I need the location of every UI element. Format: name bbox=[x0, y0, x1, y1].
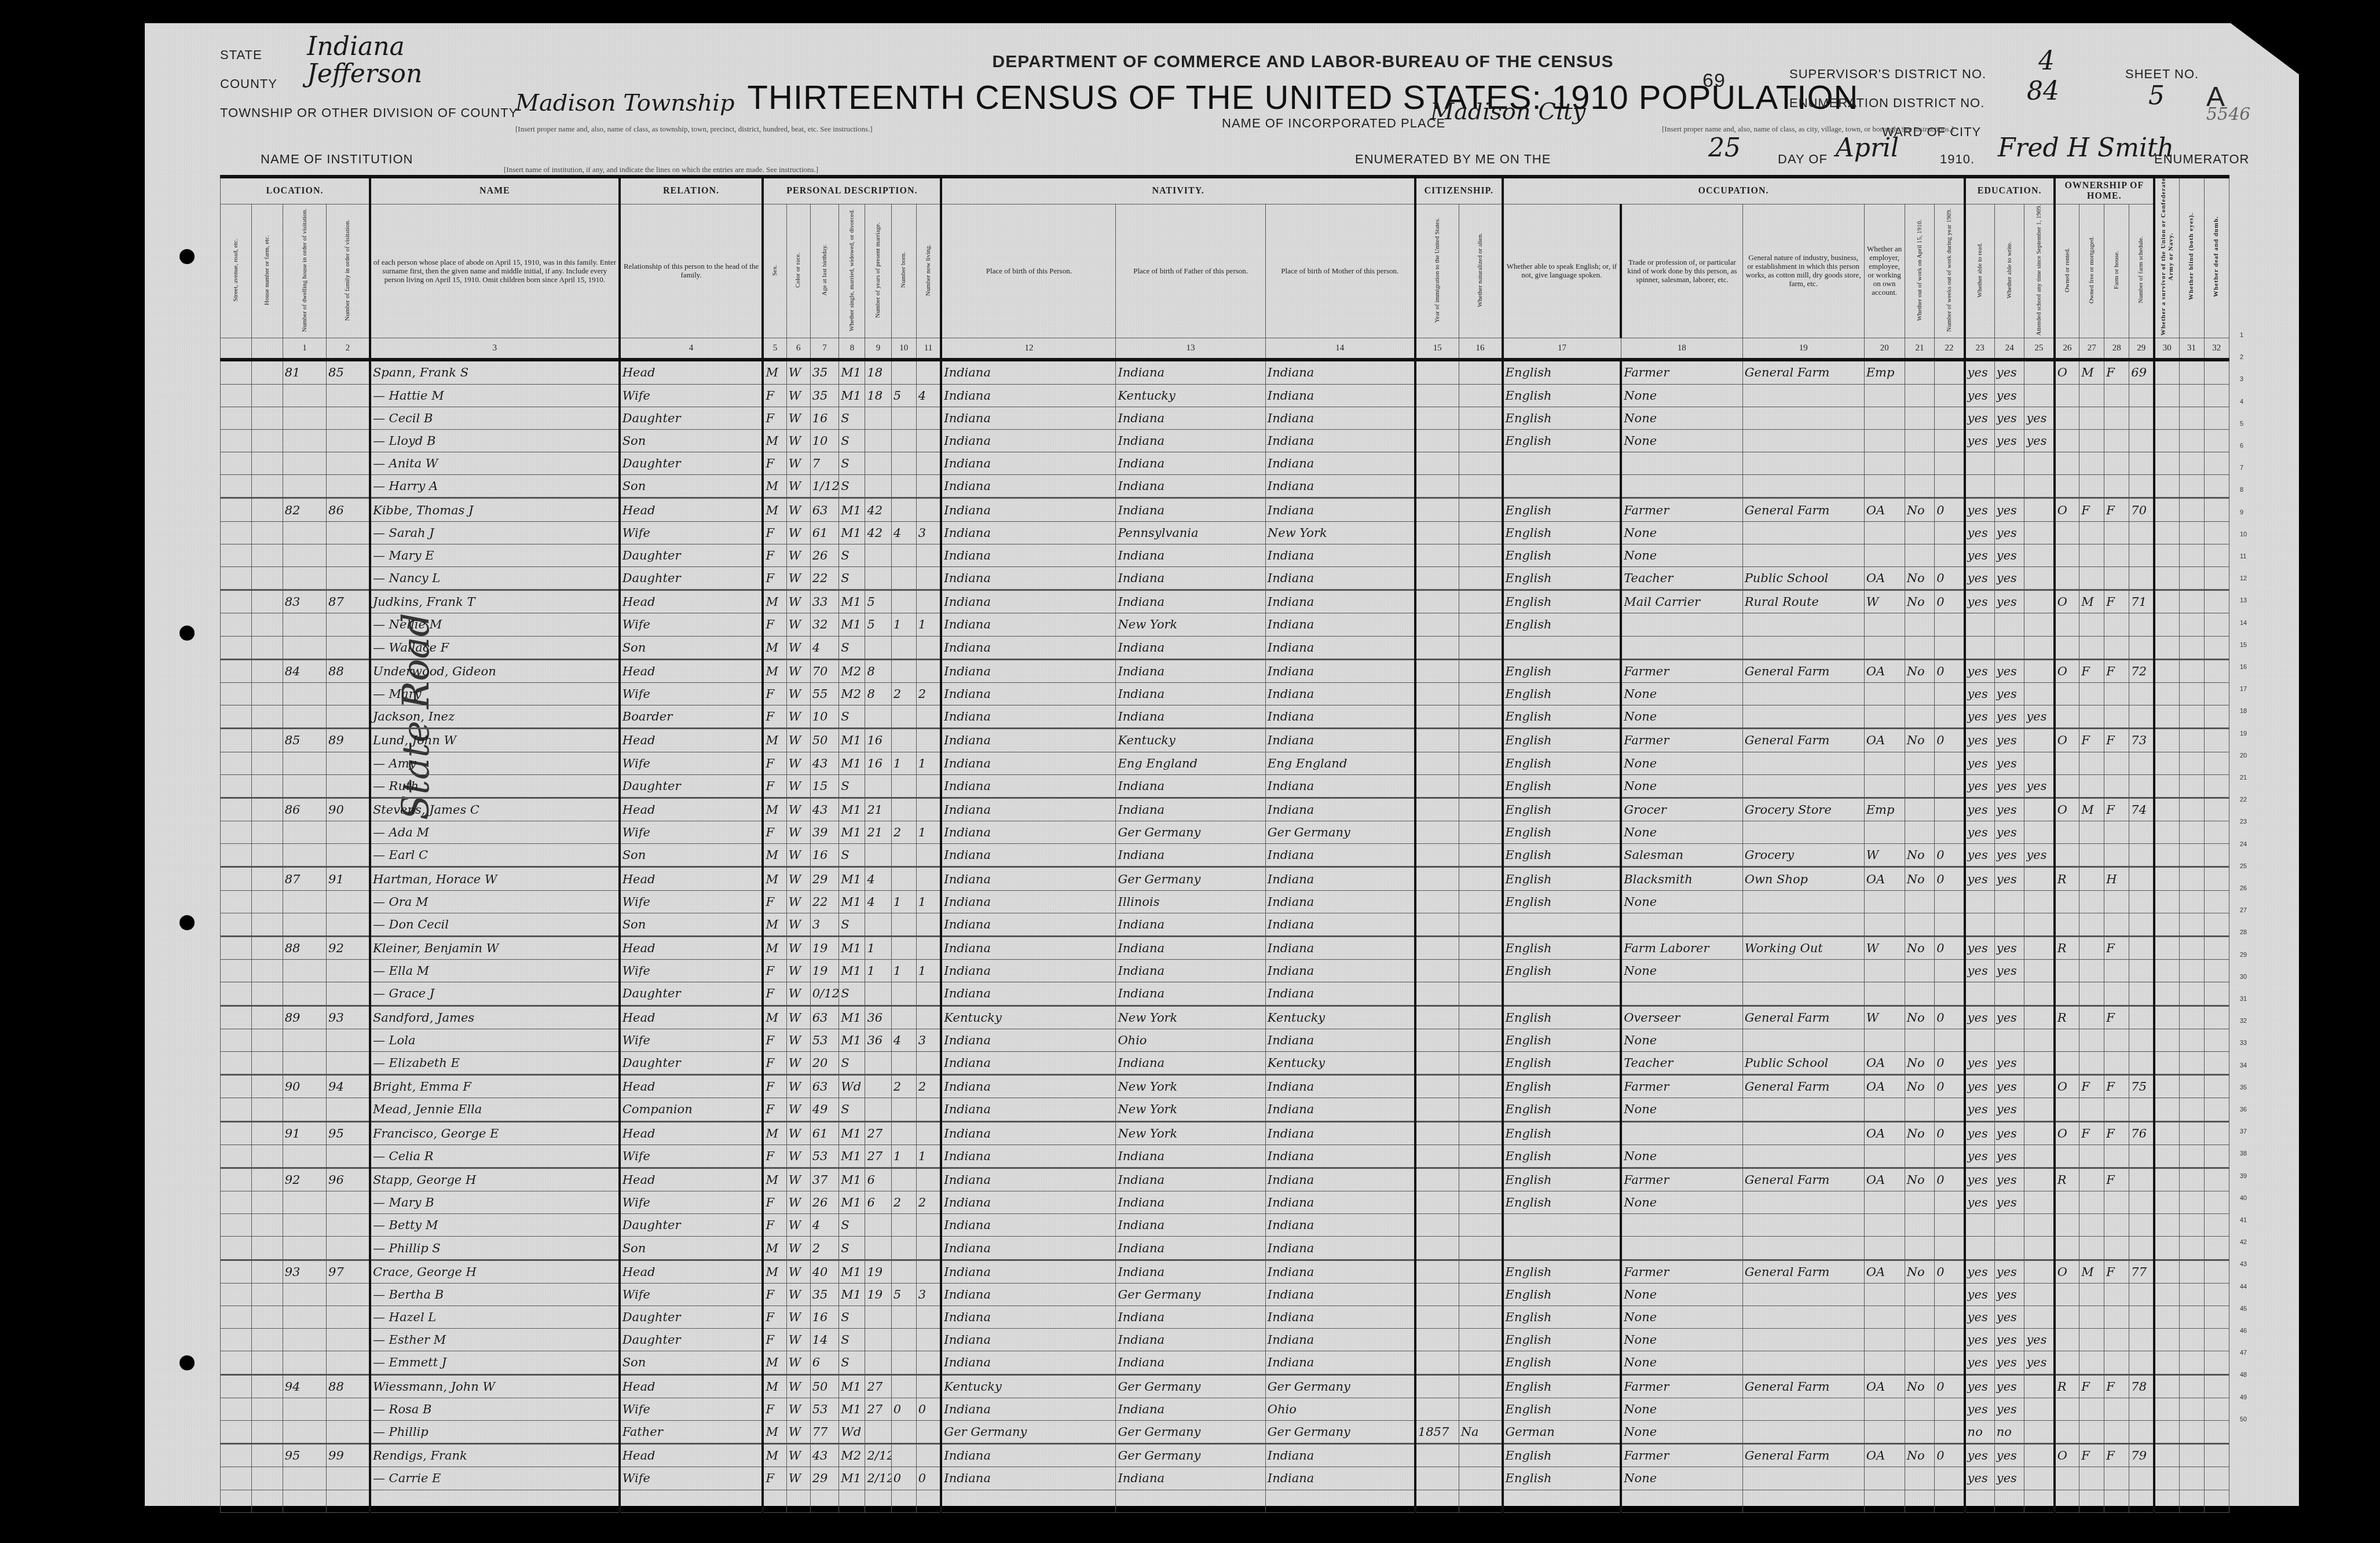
cell-immig bbox=[1415, 1075, 1459, 1098]
cell-age: 20 bbox=[810, 1051, 839, 1074]
column-number: 19 bbox=[1742, 338, 1864, 360]
cell-street bbox=[221, 384, 252, 407]
cell-ind bbox=[1742, 1420, 1864, 1443]
cell-ym bbox=[865, 429, 891, 452]
cell-street bbox=[221, 1467, 252, 1490]
cell-nat bbox=[1459, 1283, 1502, 1306]
cell-wk bbox=[1935, 982, 1965, 1005]
cell-ms: S bbox=[839, 1237, 865, 1260]
cell-wk: 0 bbox=[1935, 659, 1965, 682]
cell-lang: English bbox=[1503, 1051, 1621, 1074]
cell-wk bbox=[1935, 1306, 1965, 1329]
cell-fs: 75 bbox=[2129, 1075, 2154, 1098]
cell-name: — Phillip S bbox=[370, 1237, 620, 1260]
cell-living: 3 bbox=[916, 521, 941, 544]
line-number: 6 bbox=[2240, 443, 2243, 449]
cell-house bbox=[251, 844, 283, 867]
cell-ow: No bbox=[1905, 567, 1935, 590]
cell-pobm: Indiana bbox=[1265, 1191, 1415, 1214]
cell-race: W bbox=[786, 1168, 810, 1191]
cell-nat bbox=[1459, 429, 1502, 452]
punch-hole bbox=[180, 249, 195, 264]
cell-street bbox=[221, 1398, 252, 1420]
line-number: 31 bbox=[2240, 996, 2247, 1003]
cell-ow: No bbox=[1905, 590, 1935, 613]
cell-street bbox=[221, 1075, 252, 1098]
cell-wk bbox=[1935, 384, 1965, 407]
header-pob-mother: Place of birth of Mother of this person. bbox=[1265, 204, 1415, 338]
cell-name: — Hattie M bbox=[370, 384, 620, 407]
cell-wk: 0 bbox=[1935, 498, 1965, 521]
cell-ym bbox=[865, 844, 891, 867]
cell-born bbox=[891, 636, 916, 659]
cell-born bbox=[891, 1374, 916, 1398]
cell-nat bbox=[1459, 659, 1502, 682]
cell-race: W bbox=[786, 567, 810, 590]
cell-free bbox=[2079, 890, 2104, 913]
cell-fs bbox=[2129, 1490, 2154, 1512]
cell-ms: S bbox=[839, 407, 865, 429]
header-out-of-work: Whether out of work on April 15, 1910. bbox=[1916, 220, 1924, 321]
cell-free bbox=[2079, 1398, 2104, 1420]
cell-living bbox=[916, 1351, 941, 1374]
cell-pob: Indiana bbox=[941, 1121, 1116, 1145]
cell-wk bbox=[1935, 1283, 1965, 1306]
cell-ym: 42 bbox=[865, 521, 891, 544]
cell-race: W bbox=[786, 890, 810, 913]
cell-pobf: Indiana bbox=[1116, 567, 1265, 590]
cell-ym: 2/12 bbox=[865, 1444, 891, 1467]
line-number: 18 bbox=[2240, 708, 2247, 715]
cell-pob: Indiana bbox=[941, 729, 1116, 752]
cell-living bbox=[916, 1237, 941, 1260]
cell-deaf bbox=[2204, 682, 2229, 705]
cell-house bbox=[251, 498, 283, 521]
cell-lang: English bbox=[1503, 1351, 1621, 1374]
cell-ms: M1 bbox=[839, 798, 865, 821]
township-note: [Insert proper name and, also, name of c… bbox=[515, 125, 873, 134]
cell-wr: yes bbox=[1994, 384, 2024, 407]
cell-free: M bbox=[2079, 590, 2104, 613]
cell-lang: English bbox=[1503, 1260, 1621, 1283]
column-number: 27 bbox=[2079, 338, 2104, 360]
cell-lang: English bbox=[1503, 521, 1621, 544]
cell-blind bbox=[2179, 1420, 2204, 1443]
cell-ow: No bbox=[1905, 1374, 1935, 1398]
cell-street bbox=[221, 567, 252, 590]
header-street: Street, avenue, road, etc. bbox=[232, 239, 240, 301]
cell-race: W bbox=[786, 613, 810, 636]
cell-pobf: Indiana bbox=[1116, 937, 1265, 960]
cell-sch bbox=[2024, 1467, 2055, 1490]
cell-age: 53 bbox=[810, 1145, 839, 1168]
cell-living bbox=[916, 844, 941, 867]
cell-lang: English bbox=[1503, 1005, 1621, 1029]
cell-race: W bbox=[786, 982, 810, 1005]
header-pob-person: Place of birth of this Person. bbox=[941, 204, 1116, 338]
line-number: 10 bbox=[2240, 531, 2247, 538]
cell-vet bbox=[2154, 1283, 2179, 1306]
cell-sch bbox=[2024, 729, 2055, 752]
header-employer: Whether an employer, employee, or workin… bbox=[1864, 204, 1905, 338]
cell-ow bbox=[1905, 752, 1935, 774]
column-number: 15 bbox=[1415, 338, 1459, 360]
cell-pobm: Indiana bbox=[1265, 1214, 1415, 1237]
cell-fam bbox=[327, 774, 370, 798]
cell-born bbox=[891, 705, 916, 729]
cell-fs bbox=[2129, 613, 2154, 636]
cell-wr: yes bbox=[1994, 1121, 2024, 1145]
cell-pobf: Indiana bbox=[1116, 1168, 1265, 1191]
cell-dw bbox=[283, 521, 326, 544]
cell-sch bbox=[2024, 567, 2055, 590]
cell-pobm bbox=[1265, 1490, 1415, 1512]
cell-own bbox=[2055, 384, 2079, 407]
cell-emp: OA bbox=[1864, 1374, 1905, 1398]
cell-race: W bbox=[786, 407, 810, 429]
cell-house bbox=[251, 521, 283, 544]
cell-vet bbox=[2154, 636, 2179, 659]
cell-race: W bbox=[786, 1260, 810, 1283]
cell-own: O bbox=[2055, 1075, 2079, 1098]
header-read: Whether able to read. bbox=[1976, 243, 1984, 298]
cell-ms: M2 bbox=[839, 682, 865, 705]
cell-street bbox=[221, 752, 252, 774]
cell-ms: S bbox=[839, 452, 865, 475]
cell-fs: 69 bbox=[2129, 360, 2154, 384]
cell-sex: F bbox=[763, 705, 786, 729]
cell-rel: Head bbox=[620, 867, 763, 890]
cell-sch bbox=[2024, 1306, 2055, 1329]
cell-race: W bbox=[786, 659, 810, 682]
cell-street bbox=[221, 1168, 252, 1191]
cell-wk bbox=[1935, 1237, 1965, 1260]
cell-free: F bbox=[2079, 729, 2104, 752]
cell-sch bbox=[2024, 636, 2055, 659]
cell-blind bbox=[2179, 1374, 2204, 1398]
cell-immig bbox=[1415, 429, 1459, 452]
column-number: 13 bbox=[1116, 338, 1265, 360]
cell-pobm: Indiana bbox=[1265, 960, 1415, 982]
cell-living bbox=[916, 498, 941, 521]
cell-fam bbox=[327, 913, 370, 936]
cell-born bbox=[891, 867, 916, 890]
cell-sch bbox=[2024, 544, 2055, 566]
cell-pobm: Indiana bbox=[1265, 705, 1415, 729]
cell-wr: yes bbox=[1994, 1051, 2024, 1074]
cell-pobf: Indiana bbox=[1116, 682, 1265, 705]
header-years-married: Number of years of present marriage. bbox=[874, 222, 882, 318]
cell-age: 61 bbox=[810, 1121, 839, 1145]
enumeration-district-label: Enumeration District No. bbox=[1789, 96, 1984, 111]
cell-living bbox=[916, 1214, 941, 1237]
cell-race: W bbox=[786, 1191, 810, 1214]
cell-emp bbox=[1864, 1490, 1905, 1512]
cell-race: W bbox=[786, 705, 810, 729]
cell-ow bbox=[1905, 682, 1935, 705]
cell-wk bbox=[1935, 1398, 1965, 1420]
cell-ym bbox=[865, 774, 891, 798]
header-pob-father: Place of birth of Father of this person. bbox=[1116, 204, 1265, 338]
cell-sex: F bbox=[763, 1098, 786, 1121]
cell-ind: General Farm bbox=[1742, 729, 1864, 752]
column-number: 30 bbox=[2154, 338, 2179, 360]
cell-living: 3 bbox=[916, 1029, 941, 1051]
cell-deaf bbox=[2204, 544, 2229, 566]
cell-lang: English bbox=[1503, 1306, 1621, 1329]
cell-ms: S bbox=[839, 544, 865, 566]
cell-pobm: Indiana bbox=[1265, 1075, 1415, 1098]
cell-ind: Working Out bbox=[1742, 937, 1864, 960]
cell-emp bbox=[1864, 1214, 1905, 1237]
cell-trade: Teacher bbox=[1621, 1051, 1742, 1074]
cell-wk bbox=[1935, 1191, 1965, 1214]
cell-wr: yes bbox=[1994, 729, 2024, 752]
cell-fam: 93 bbox=[327, 1005, 370, 1029]
cell-ym bbox=[865, 1351, 891, 1374]
cell-emp bbox=[1864, 1420, 1905, 1443]
cell-dw bbox=[283, 384, 326, 407]
cell-pob: Indiana bbox=[941, 590, 1116, 613]
cell-ym bbox=[865, 567, 891, 590]
cell-deaf bbox=[2204, 982, 2229, 1005]
cell-pobm: Indiana bbox=[1265, 659, 1415, 682]
cell-fh bbox=[2104, 452, 2129, 475]
cell-wk: 0 bbox=[1935, 867, 1965, 890]
cell-rd: yes bbox=[1965, 774, 1995, 798]
cell-ow bbox=[1905, 613, 1935, 636]
cell-emp: Emp bbox=[1864, 798, 1905, 821]
cell-street bbox=[221, 1283, 252, 1306]
cell-fs bbox=[2129, 913, 2154, 936]
cell-fs bbox=[2129, 867, 2154, 890]
cell-nat bbox=[1459, 1145, 1502, 1168]
cell-living bbox=[916, 729, 941, 752]
cell-rel: Wife bbox=[620, 521, 763, 544]
cell-pob: Indiana bbox=[941, 682, 1116, 705]
cell-street bbox=[221, 498, 252, 521]
cell-house bbox=[251, 407, 283, 429]
cell-ym: 21 bbox=[865, 821, 891, 844]
cell-born bbox=[891, 1351, 916, 1374]
cell-fh bbox=[2104, 1467, 2129, 1490]
enumerator-name: Fred H Smith bbox=[1998, 133, 2174, 163]
cell-living bbox=[916, 590, 941, 613]
cell-house bbox=[251, 360, 283, 384]
cell-house bbox=[251, 544, 283, 566]
cell-rd: yes bbox=[1965, 1098, 1995, 1121]
line-number: 8 bbox=[2240, 487, 2243, 493]
cell-rel: Head bbox=[620, 1005, 763, 1029]
cell-race: W bbox=[786, 1398, 810, 1420]
cell-ms: M1 bbox=[839, 867, 865, 890]
cell-name: — Mary B bbox=[370, 1191, 620, 1214]
cell-emp bbox=[1864, 1306, 1905, 1329]
cell-ms: S bbox=[839, 567, 865, 590]
cell-trade bbox=[1621, 1490, 1742, 1512]
line-number: 49 bbox=[2240, 1394, 2247, 1401]
header-house-number: House number or farm, etc. bbox=[263, 235, 271, 305]
cell-sch: yes bbox=[2024, 1351, 2055, 1374]
cell-fam bbox=[327, 821, 370, 844]
cell-ow bbox=[1905, 1398, 1935, 1420]
line-number: 12 bbox=[2240, 575, 2247, 582]
cell-living bbox=[916, 407, 941, 429]
cell-trade: None bbox=[1621, 705, 1742, 729]
cell-pobm: Indiana bbox=[1265, 937, 1415, 960]
cell-age: 53 bbox=[810, 1029, 839, 1051]
cell-nat bbox=[1459, 682, 1502, 705]
cell-immig bbox=[1415, 1329, 1459, 1351]
cell-pobm: Ger Germany bbox=[1265, 1374, 1415, 1398]
cell-street bbox=[221, 613, 252, 636]
cell-pob: Indiana bbox=[941, 1214, 1116, 1237]
cell-born: 2 bbox=[891, 682, 916, 705]
cell-rel: Head bbox=[620, 498, 763, 521]
line-number: 28 bbox=[2240, 929, 2247, 936]
cell-fh: F bbox=[2104, 1168, 2129, 1191]
cell-fam bbox=[327, 1329, 370, 1351]
cell-deaf bbox=[2204, 1214, 2229, 1237]
line-number: 39 bbox=[2240, 1173, 2247, 1180]
supervisor-label: Supervisor's District No. bbox=[1789, 67, 1986, 82]
cell-born: 2 bbox=[891, 821, 916, 844]
cell-wk bbox=[1935, 682, 1965, 705]
cell-living: 1 bbox=[916, 890, 941, 913]
cell-fs bbox=[2129, 1191, 2154, 1214]
cell-vet bbox=[2154, 1260, 2179, 1283]
cell-ms: M1 bbox=[839, 1283, 865, 1306]
cell-ym bbox=[865, 1051, 891, 1074]
cell-fs bbox=[2129, 1029, 2154, 1051]
cell-nat bbox=[1459, 544, 1502, 566]
cell-ms: S bbox=[839, 982, 865, 1005]
cell-rel: Boarder bbox=[620, 705, 763, 729]
cell-dw bbox=[283, 821, 326, 844]
department-heading: DEPARTMENT OF COMMERCE AND LABOR-BUREAU … bbox=[898, 52, 1708, 72]
cell-lang bbox=[1503, 452, 1621, 475]
cell-pob: Indiana bbox=[941, 752, 1116, 774]
cell-ow: No bbox=[1905, 1168, 1935, 1191]
cell-street bbox=[221, 659, 252, 682]
cell-ym: 1 bbox=[865, 937, 891, 960]
cell-free bbox=[2079, 1490, 2104, 1512]
cell-rel: Wife bbox=[620, 752, 763, 774]
cell-name: — Nancy L bbox=[370, 567, 620, 590]
cell-name: Lund, John W bbox=[370, 729, 620, 752]
cell-trade bbox=[1621, 1121, 1742, 1145]
cell-lang: English bbox=[1503, 1444, 1621, 1467]
cell-lang: English bbox=[1503, 960, 1621, 982]
cell-sex: M bbox=[763, 1351, 786, 1374]
cell-emp bbox=[1864, 752, 1905, 774]
cell-rel: Head bbox=[620, 1168, 763, 1191]
cell-rd: yes bbox=[1965, 521, 1995, 544]
cell-house bbox=[251, 1283, 283, 1306]
cell-sex: F bbox=[763, 1214, 786, 1237]
cell-street bbox=[221, 1029, 252, 1051]
table-row: 9094Bright, Emma FHeadFW63Wd22IndianaNew… bbox=[221, 1075, 2229, 1098]
cell-ind bbox=[1742, 705, 1864, 729]
cell-race: W bbox=[786, 821, 810, 844]
cell-age: 61 bbox=[810, 521, 839, 544]
cell-nat bbox=[1459, 1051, 1502, 1074]
cell-age bbox=[810, 1490, 839, 1512]
cell-living: 2 bbox=[916, 1075, 941, 1098]
cell-blind bbox=[2179, 890, 2204, 913]
cell-street bbox=[221, 1121, 252, 1145]
cell-race: W bbox=[786, 844, 810, 867]
cell-sex: F bbox=[763, 890, 786, 913]
cell-blind bbox=[2179, 544, 2204, 566]
cell-own: R bbox=[2055, 1374, 2079, 1398]
cell-living: 4 bbox=[916, 384, 941, 407]
cell-ms: S bbox=[839, 1306, 865, 1329]
cell-fam bbox=[327, 960, 370, 982]
cell-blind bbox=[2179, 567, 2204, 590]
cell-fs bbox=[2129, 544, 2154, 566]
cell-fs bbox=[2129, 982, 2154, 1005]
cell-sex: M bbox=[763, 937, 786, 960]
cell-nat bbox=[1459, 407, 1502, 429]
cell-ow bbox=[1905, 913, 1935, 936]
cell-immig bbox=[1415, 498, 1459, 521]
cell-ind bbox=[1742, 636, 1864, 659]
cell-pobf: Ger Germany bbox=[1116, 821, 1265, 844]
cell-ms: M1 bbox=[839, 821, 865, 844]
cell-trade: None bbox=[1621, 821, 1742, 844]
cell-blind bbox=[2179, 982, 2204, 1005]
cell-rd: yes bbox=[1965, 1260, 1995, 1283]
cell-dw bbox=[283, 890, 326, 913]
cell-deaf bbox=[2204, 844, 2229, 867]
cell-rel bbox=[620, 1490, 763, 1512]
table-row: — Nancy LDaughterFW22SIndianaIndianaIndi… bbox=[221, 567, 2229, 590]
cell-emp bbox=[1864, 429, 1905, 452]
cell-pob: Indiana bbox=[941, 821, 1116, 844]
cell-wk: 0 bbox=[1935, 1051, 1965, 1074]
cell-own bbox=[2055, 821, 2079, 844]
cell-nat bbox=[1459, 705, 1502, 729]
cell-born: 0 bbox=[891, 1467, 916, 1490]
cell-rel: Son bbox=[620, 429, 763, 452]
cell-pobf: New York bbox=[1116, 1121, 1265, 1145]
cell-pob: Ger Germany bbox=[941, 1420, 1116, 1443]
cell-age: 10 bbox=[810, 705, 839, 729]
cell-born bbox=[891, 1005, 916, 1029]
line-number: 21 bbox=[2240, 774, 2247, 781]
cell-ms: S bbox=[839, 913, 865, 936]
cell-ind bbox=[1742, 682, 1864, 705]
cell-ym: 18 bbox=[865, 384, 891, 407]
cell-fs bbox=[2129, 1005, 2154, 1029]
cell-ym: 19 bbox=[865, 1260, 891, 1283]
cell-pobf: Indiana bbox=[1116, 844, 1265, 867]
cell-living bbox=[916, 867, 941, 890]
cell-pobm: Indiana bbox=[1265, 1306, 1415, 1329]
cell-ms: M1 bbox=[839, 1467, 865, 1490]
place-value: Madison City bbox=[1430, 98, 1586, 125]
cell-ym bbox=[865, 913, 891, 936]
cell-lang bbox=[1503, 982, 1621, 1005]
cell-race: W bbox=[786, 429, 810, 452]
cell-house bbox=[251, 867, 283, 890]
cell-lang: English bbox=[1503, 659, 1621, 682]
cell-pob: Indiana bbox=[941, 1444, 1116, 1467]
cell-blind bbox=[2179, 867, 2204, 890]
cell-rd: yes bbox=[1965, 729, 1995, 752]
cell-fh: F bbox=[2104, 798, 2129, 821]
